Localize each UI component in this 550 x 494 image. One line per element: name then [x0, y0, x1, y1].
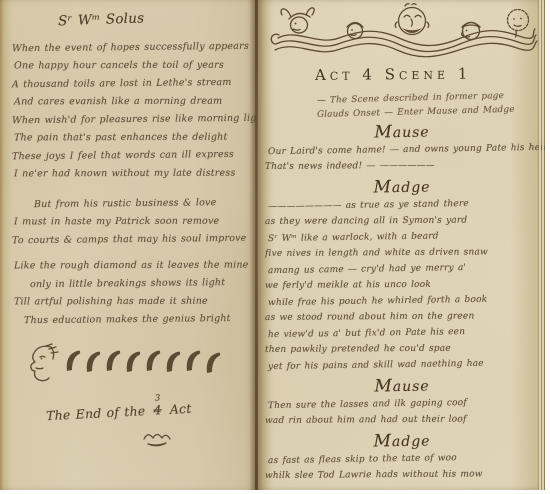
- turban-head-doodle: [462, 23, 481, 40]
- manuscript-line: These joys I feel that words can ill exp…: [12, 146, 249, 166]
- speech-block: as fast as fleas skip to the tate of woo…: [265, 451, 539, 483]
- open-notebook: Sʳ Wᵐ Solus When the event of hopes succ…: [0, 0, 545, 490]
- flourish-wrap: [140, 430, 249, 450]
- end-of-act-note: The End of the 3 4 Act: [46, 398, 250, 424]
- speech-block: ———————— as true as ye stand there as th…: [265, 197, 539, 373]
- right-page: Act 4 Scene 1 — The Scene described in f…: [257, 0, 545, 490]
- flourish-doodle: [140, 430, 174, 450]
- heads-on-waves-drawing: [265, 2, 541, 59]
- corrected-act-number: 3 4: [153, 402, 162, 417]
- manuscript-line: That's news indeed! — ——————: [265, 157, 539, 175]
- manuscript-line: Till artful polishing has made it shine: [14, 293, 249, 312]
- laughing-face-doodle: [395, 4, 429, 35]
- stage-directions: — The Scene described in former page Gla…: [265, 92, 539, 119]
- page-edge-stack: [538, 0, 545, 490]
- wave-lines: [271, 29, 537, 57]
- horned-helmet-head-doodle: [281, 8, 314, 33]
- manuscript-line: Like the rough diamond as it leaves the …: [14, 257, 249, 276]
- inserted-number: 3: [155, 393, 161, 403]
- end-note-after: Act: [169, 401, 191, 417]
- manuscript-line: I ne'er had known without my late distre…: [14, 165, 249, 184]
- manuscript-line: And cares evanish like a morning dream: [14, 93, 249, 112]
- end-note-before: The End of the: [46, 403, 146, 423]
- manuscript-line: I must in haste my Patrick soon remove: [14, 213, 249, 232]
- manuscript-line: To courts & camps that may his soul impr…: [12, 230, 249, 250]
- left-page: Sʳ Wᵐ Solus When the event of hopes succ…: [0, 0, 257, 490]
- speech-block: Then sure the lasses and ilk gaping coof…: [265, 396, 539, 428]
- manuscript-line: Thus education makes the genius bright: [24, 310, 249, 330]
- left-page-content: Sʳ Wᵐ Solus When the event of hopes succ…: [0, 0, 257, 450]
- soliloquy-verse: When the event of hopes successfully app…: [12, 39, 249, 329]
- manuscript-line: One happy hour cancels the toil of years: [14, 57, 249, 76]
- crescent-wave-doodles: [64, 347, 232, 377]
- profile-face-doodle: [22, 343, 60, 385]
- binding-gutter: [255, 0, 258, 490]
- act-scene-heading: Act 4 Scene 1: [315, 64, 539, 84]
- left-page-heading: Sʳ Wᵐ Solus: [58, 7, 249, 30]
- manuscript-line: When wish'd for pleasures rise like morn…: [12, 110, 249, 130]
- struck-number: 4: [153, 402, 162, 417]
- doodle-row: [22, 343, 249, 385]
- manuscript-line: yet for his pains and skill wad naething…: [268, 355, 539, 375]
- manuscript-line: only in little breakings shows its light: [30, 274, 249, 294]
- manuscript-line: The pain that's past enhances the deligh…: [14, 129, 249, 148]
- manuscript-line: A thousand toils are lost in Lethe's str…: [12, 74, 249, 94]
- manuscript-photo: Sʳ Wᵐ Solus When the event of hopes succ…: [0, 0, 550, 494]
- speech-block: Our Laird's come hame! — and owns young …: [265, 142, 539, 174]
- manuscript-line: whilk slee Tod Lawrie hads without his m…: [265, 466, 539, 484]
- manuscript-line: But from his rustic business & love: [34, 194, 249, 214]
- right-page-content: Act 4 Scene 1 — The Scene described in f…: [257, 0, 545, 483]
- capped-face-doodle: [347, 23, 363, 39]
- manuscript-line: wad rin about him and had out their loof: [265, 411, 539, 429]
- manuscript-line: When the event of hopes successfully app…: [12, 38, 249, 58]
